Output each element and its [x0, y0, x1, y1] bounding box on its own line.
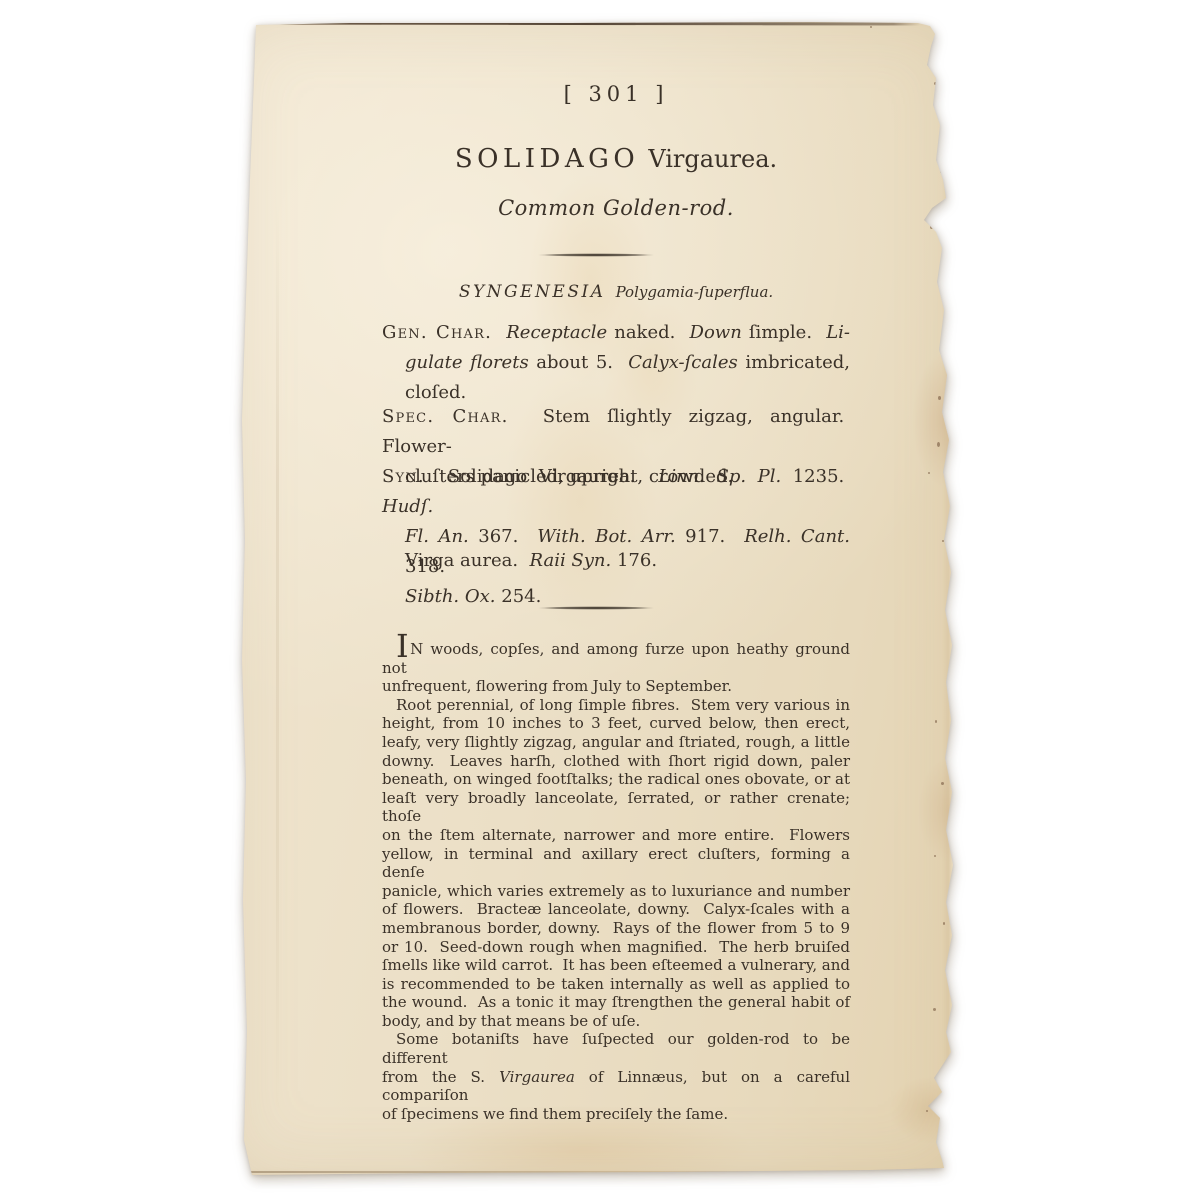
paper-speck [938, 1082, 941, 1085]
page-number: [ 301 ] [382, 82, 850, 106]
paragraph-remarks: Some botaniſts have ſuſpected our golden… [382, 1030, 850, 1123]
paragraph-description: Root perennial, of long ſimple fibres. S… [382, 696, 850, 1031]
synonym-virga-aurea: Virga aurea. Raii Syn. 176. [382, 546, 850, 576]
paper-speck [937, 442, 940, 447]
divider-rule-top [529, 253, 675, 257]
paper-speck [870, 26, 872, 28]
paper-speck [935, 720, 937, 723]
paper-speck [933, 1008, 936, 1011]
page-top-edge-line [254, 22, 920, 26]
paper-speck [934, 82, 937, 85]
generic-character-entry: Gen. Char. Receptacle naked. Down ſimple… [382, 318, 850, 408]
synonyms-entry: Syn. Solidago Virgaurea. Linn. Sp. Pl. 1… [382, 462, 850, 612]
paper-speck [938, 396, 941, 400]
paper-speck [942, 540, 944, 542]
class-name: SYNGENESIA [459, 282, 606, 302]
paper-speck [941, 782, 944, 785]
paper-speck [943, 922, 945, 925]
classification-line: SYNGENESIA Polygamia-ſuperflua. [382, 282, 850, 302]
order-name: Polygamia-ſuperflua. [616, 283, 774, 301]
paper-speck [928, 472, 930, 474]
paragraph-habitat: IN woods, copſes, and among furze upon h… [382, 640, 850, 696]
paper-sheet: [ 301 ] SOLIDAGO Virgaurea. Common Golde… [230, 20, 962, 1175]
paper-speck [930, 225, 933, 229]
paper-speck [926, 1110, 928, 1112]
common-name: Common Golden-rod. [382, 196, 850, 220]
page-title: SOLIDAGO Virgaurea. [382, 144, 850, 174]
paper-speck [943, 318, 945, 320]
page-bottom-edge-line [248, 1171, 940, 1173]
screenshot-root: { "colors":{ "background":"#ffffff", "pa… [0, 0, 1200, 1200]
book-page-photo: [ 301 ] SOLIDAGO Virgaurea. Common Golde… [230, 20, 962, 1175]
divider-rule-bottom [529, 606, 675, 610]
description-text: IN woods, copſes, and among furze upon h… [382, 640, 850, 1123]
paper-speck [934, 855, 936, 857]
torn-edge-shading [942, 20, 956, 1175]
title-genus: SOLIDAGO [455, 144, 639, 174]
paper-crease [276, 200, 279, 1115]
paper-speck [940, 170, 942, 173]
title-species: Virgaurea. [648, 145, 777, 173]
